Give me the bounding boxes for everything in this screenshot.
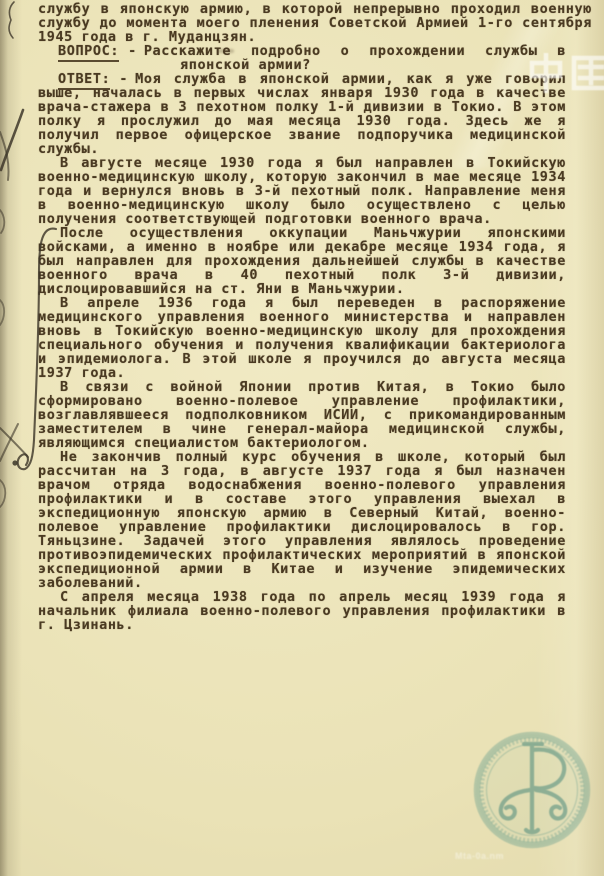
question-separator: - <box>128 43 137 59</box>
paragraph: С апреля месяца 1938 года по апрель меся… <box>38 590 566 632</box>
paragraph: После осуществления оккупации Маньчжурии… <box>38 226 566 296</box>
question-text: Расскажите подробно о прохождении службы… <box>144 43 566 73</box>
question-block: ВОПРОС:-Расскажите подробно о прохождени… <box>38 44 566 72</box>
paragraph: В связи с войной Японии против Китая, в … <box>38 380 566 450</box>
answer-text: Моя служба в японской армии, как я уже г… <box>38 71 566 157</box>
question-label: ВОПРОС: <box>58 43 119 62</box>
typewritten-text: службу в японскую армию, в которой непре… <box>38 2 566 632</box>
paragraph-top-fragment: службу в японскую армию, в которой непре… <box>38 2 592 44</box>
cjk-char-zhong <box>532 55 560 91</box>
paragraph: В августе месяце 1930 года я был направл… <box>38 156 566 226</box>
archive-stamp-icon <box>468 726 596 854</box>
cjk-watermark <box>528 53 604 97</box>
bottom-watermark-caption: Mta-0a.nm <box>455 851 565 861</box>
paragraph: В апреле 1936 года я был переведен в рас… <box>38 296 566 380</box>
cjk-char-guo <box>574 58 604 88</box>
answer-block: ОТВЕТ:-Моя служба в японской армии, как … <box>38 72 566 156</box>
scan-left-edge-shadow <box>0 0 22 876</box>
paragraph: Не закончив полный курс обучения в школе… <box>38 450 566 590</box>
scanned-document-page: службу в японскую армию, в которой непре… <box>0 0 604 876</box>
